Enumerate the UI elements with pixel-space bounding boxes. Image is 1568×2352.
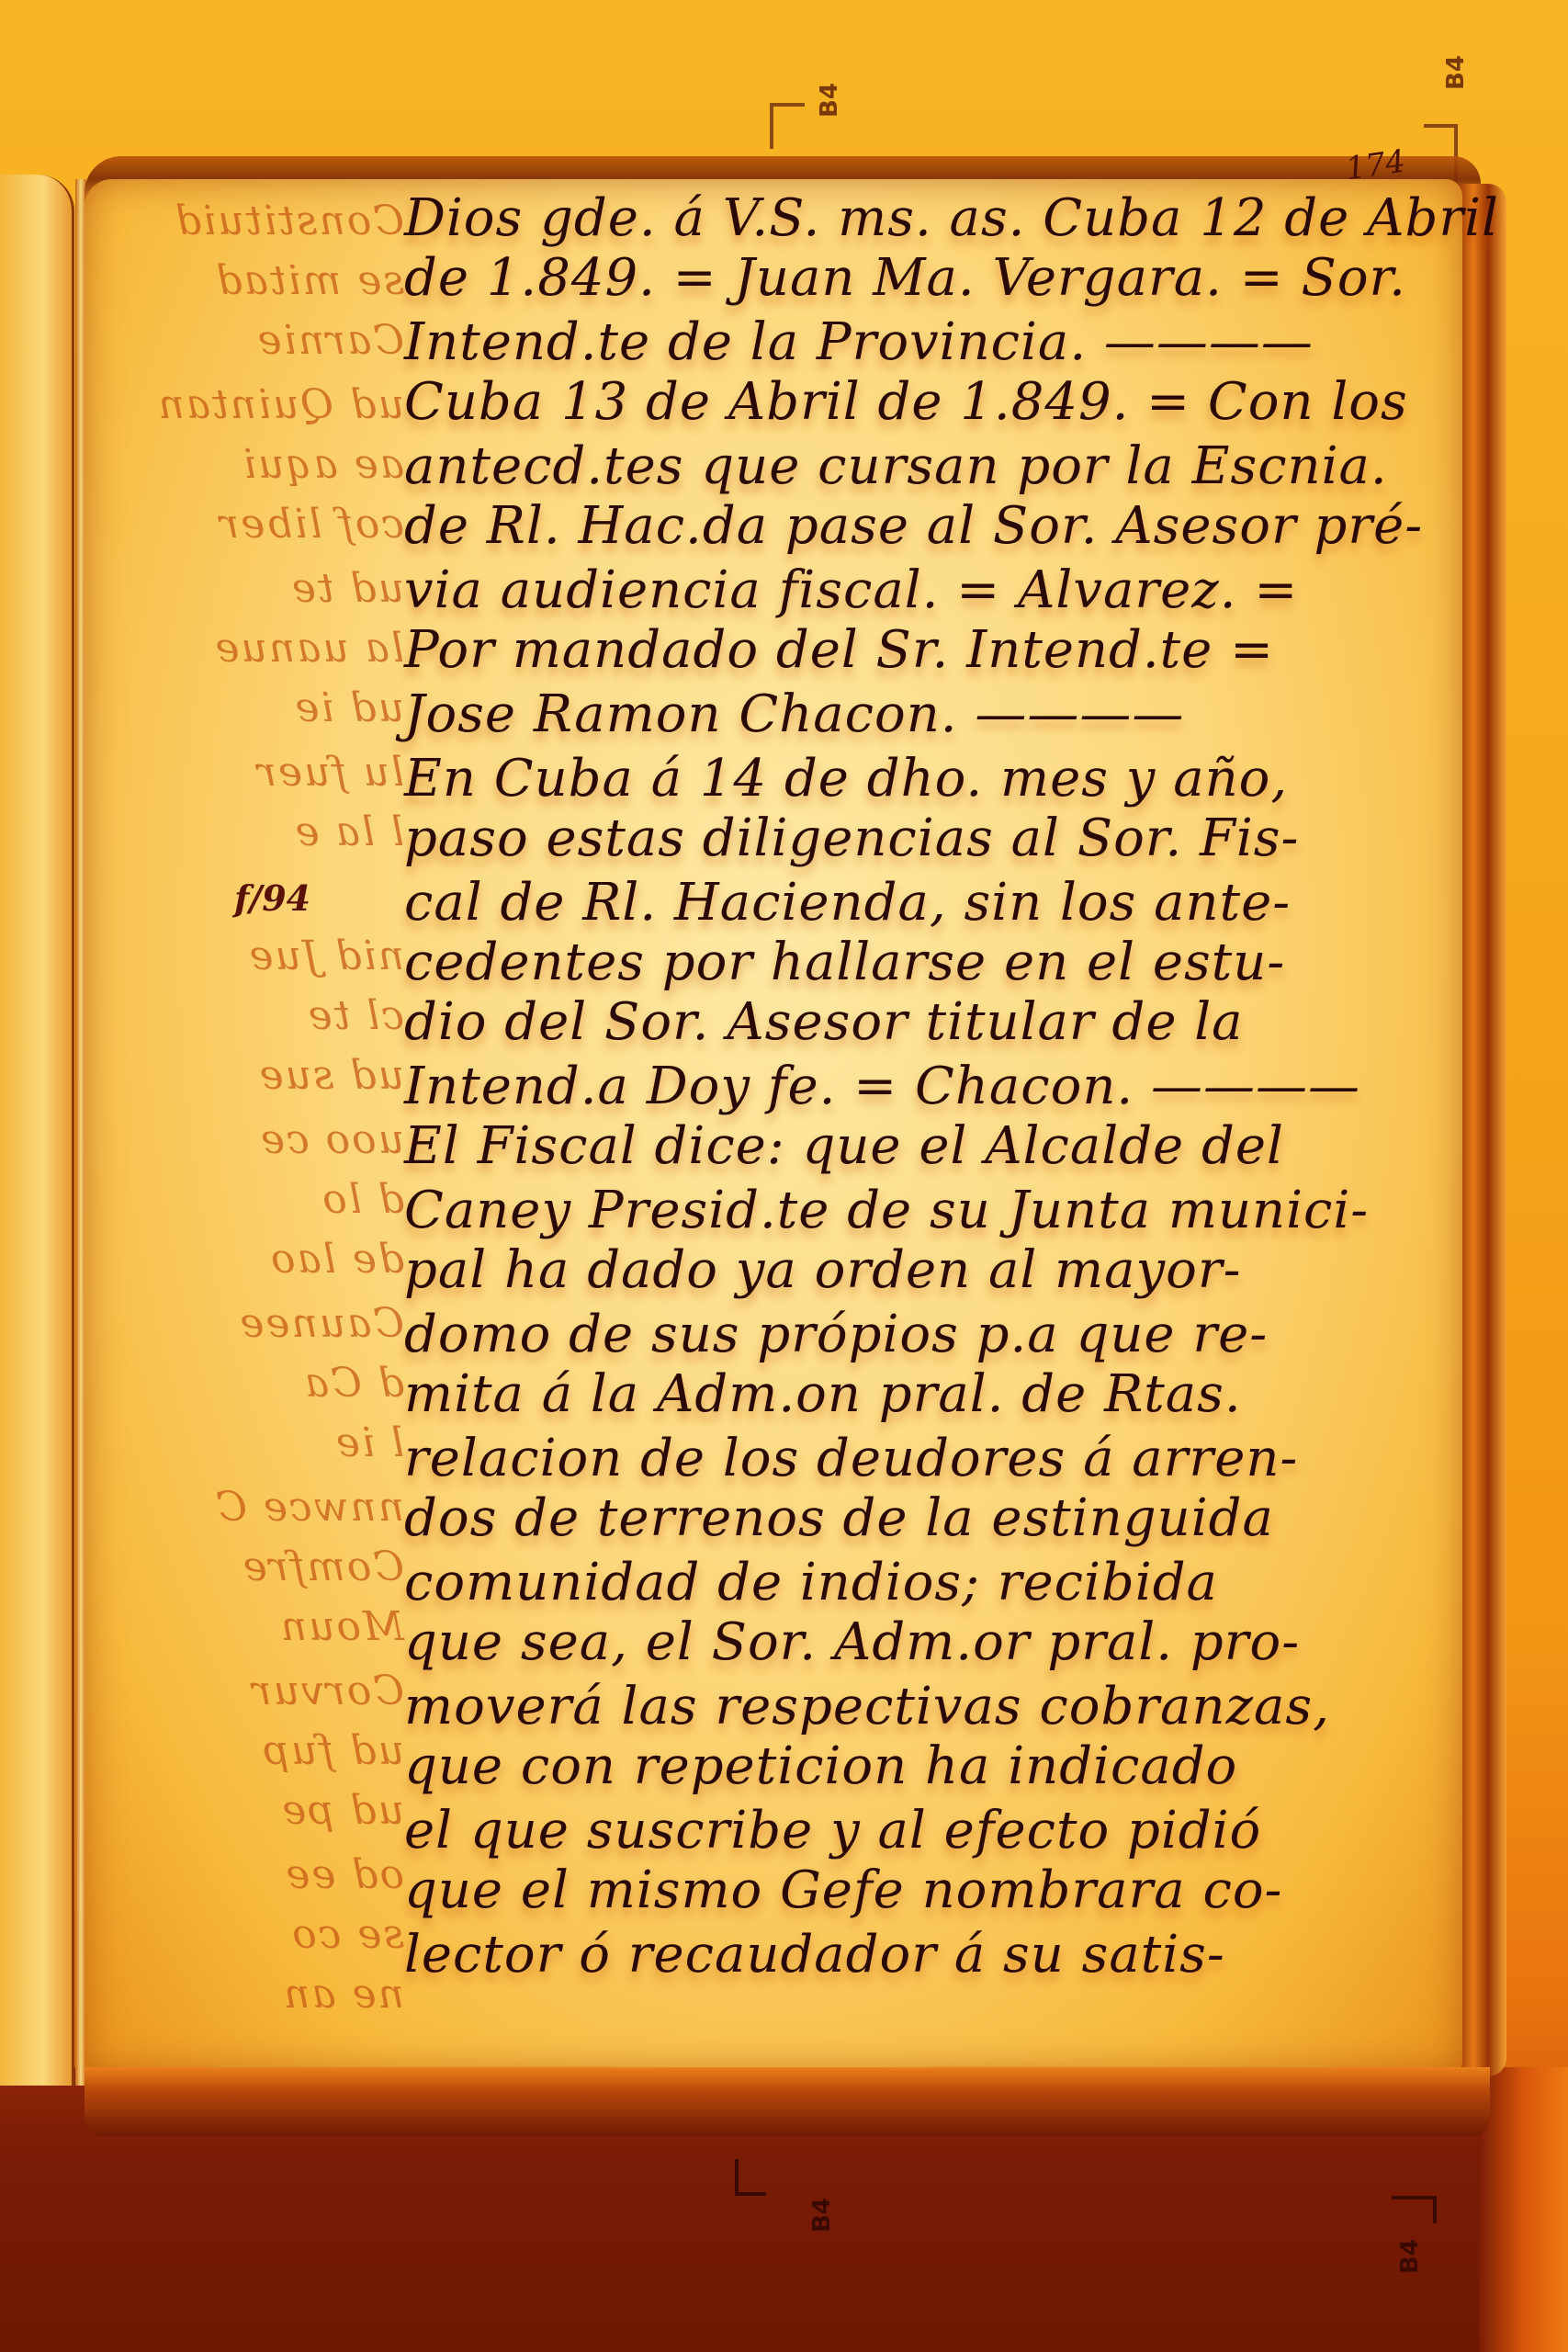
crop-mark-line <box>735 2159 739 2196</box>
text-line: comunidad de indios; recibida <box>404 1553 1442 1617</box>
text-line: que el mismo Gefe nombrara co- <box>404 1860 1442 1925</box>
crop-mark-line <box>735 2192 766 2196</box>
text-line: mita á la Adm.on pral. de Rtas. <box>404 1364 1442 1429</box>
margin-folio-note: f/94 <box>234 877 310 919</box>
bleed-line: nid Jue <box>156 933 404 979</box>
text-line: antecd.tes que cursan por la Escnia. <box>404 436 1442 501</box>
bleed-line: od ee <box>156 1851 404 1898</box>
bleed-line: ud Quintan <box>156 381 404 428</box>
bleed-line: ud sue <box>156 1052 404 1099</box>
bleed-line: Constituid <box>156 198 404 244</box>
bleed-line: Moun <box>156 1603 404 1650</box>
crop-mark-line <box>770 103 773 149</box>
text-line: Jose Ramon Chacon. ———— <box>404 684 1442 749</box>
crop-mark-line <box>770 103 805 107</box>
bleed-line: ae aqui <box>156 441 404 488</box>
text-line: domo de sus própios p.a que re- <box>404 1305 1442 1369</box>
bleed-line: ud pe <box>156 1787 404 1834</box>
crop-mark-line <box>1433 2196 1437 2223</box>
crop-mark-label: B4 <box>1396 2239 1424 2274</box>
text-line: dio del Sor. Asesor titular de la <box>404 992 1442 1057</box>
text-line: relacion de los deudores á arren- <box>404 1429 1442 1493</box>
bleed-line: l ie <box>156 1419 404 1466</box>
text-line: el que suscribe y al efecto pidió <box>404 1801 1442 1865</box>
text-line: que con repeticion ha indicado <box>404 1736 1442 1801</box>
text-line: paso estas diligencias al Sor. Fis- <box>404 808 1442 873</box>
text-line: Dios gde. á V.S. ms. as. Cuba 12 de Abri… <box>404 188 1442 253</box>
bleed-line: se mitad <box>156 257 404 304</box>
text-line: En Cuba á 14 de dho. mes y año, <box>404 749 1442 813</box>
bleed-line: se co <box>156 1911 404 1958</box>
crop-mark-label: B4 <box>1442 55 1470 90</box>
left-facing-page-edge <box>0 175 74 2086</box>
text-line: dos de terrenos de la estinguida <box>404 1488 1442 1553</box>
crop-mark-label: B4 <box>808 2198 836 2233</box>
text-line: cedentes por hallarse en el estu- <box>404 933 1442 997</box>
bleed-line: d Ca <box>156 1360 404 1407</box>
bleed-line: cl te <box>156 992 404 1039</box>
text-line: que sea, el Sor. Adm.or pral. pro- <box>404 1612 1442 1677</box>
bleed-line: ne an <box>156 1971 404 2018</box>
text-line: Cuba 13 de Abril de 1.849. = Con los <box>404 372 1442 436</box>
text-line: Por mandado del Sr. Intend.te = <box>404 620 1442 684</box>
text-line: lector ó recaudador á su satis- <box>404 1925 1442 1989</box>
bleed-line: ud fup <box>156 1727 404 1774</box>
bleed-line: cof liber <box>156 501 404 548</box>
crop-mark-line <box>1424 124 1457 128</box>
text-line: moverá las respectivas cobranzas, <box>404 1677 1442 1741</box>
bleed-line: d lo <box>156 1176 404 1223</box>
crop-mark-label: B4 <box>816 83 843 118</box>
text-line: Caney Presid.te de su Junta munici- <box>404 1181 1442 1245</box>
crop-mark-line <box>1392 2196 1436 2199</box>
bleed-line: uoo ce <box>156 1116 404 1163</box>
text-line: cal de Rl. Hacienda, sin los ante- <box>404 873 1442 937</box>
bleed-line: de lao <box>156 1236 404 1283</box>
text-line: Intend.te de la Provincia. ———— <box>404 312 1442 377</box>
text-line: de 1.849. = Juan Ma. Vergara. = Sor. <box>404 248 1442 312</box>
bleed-line: ud te <box>156 565 404 612</box>
bleed-line: Carnie <box>156 317 404 364</box>
text-line: Intend.a Doy fe. = Chacon. ———— <box>404 1057 1442 1121</box>
bleed-line: lu fuer <box>156 749 404 796</box>
text-line: pal ha dado ya orden al mayor- <box>404 1240 1442 1305</box>
text-line: via audiencia fiscal. = Alvarez. = <box>404 560 1442 625</box>
bleed-line: la uanue <box>156 625 404 672</box>
bleed-line: nnwce C <box>156 1484 404 1531</box>
scan-background-right <box>1479 2067 1568 2352</box>
text-line: El Fiscal dice: que el Alcalde del <box>404 1116 1442 1181</box>
bleed-line: l la e <box>156 808 404 855</box>
bleed-line: Caunee <box>156 1300 404 1347</box>
bleed-line: Comfre <box>156 1543 404 1590</box>
bleed-line: Corvur <box>156 1668 404 1714</box>
text-line: de Rl. Hac.da pase al Sor. Asesor pré- <box>404 496 1442 560</box>
page-bottom-edge <box>85 2067 1490 2136</box>
bleed-line: ud ie <box>156 684 404 731</box>
